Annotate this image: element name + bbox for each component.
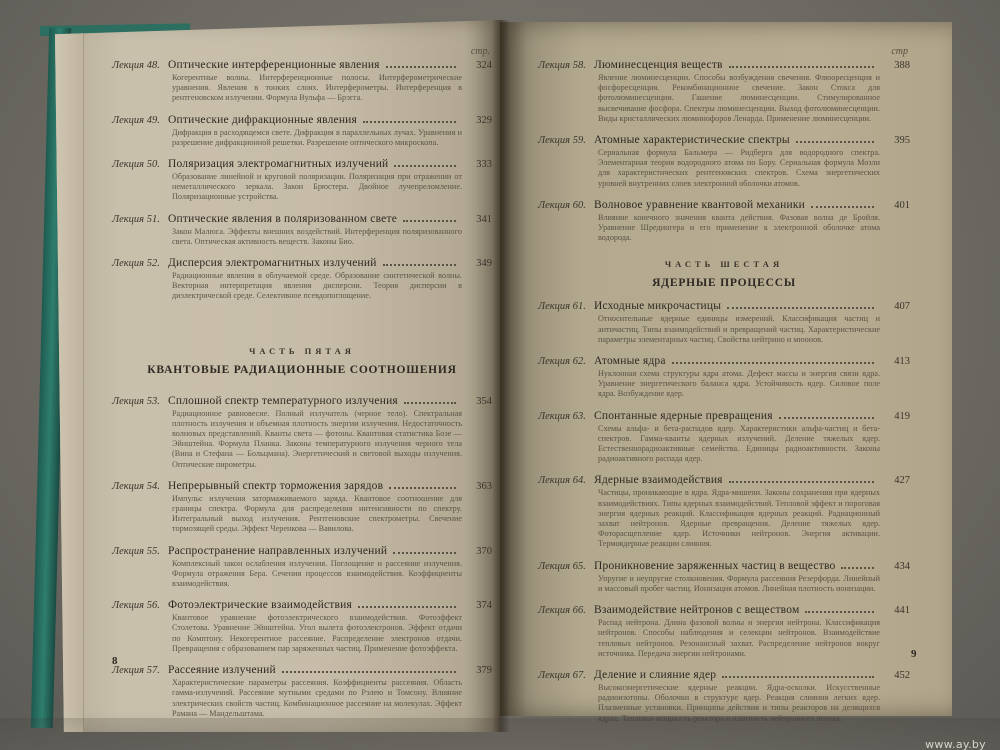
toc-entry-head: Лекция 53. Сплошной спектр температурног… [112,394,492,409]
page-number: 9 [911,648,917,660]
toc-entry-head: Лекция 66. Взаимодействие нейтронов с ве… [538,603,910,618]
lecture-title: Атомные характеристические спектры [594,133,790,147]
lecture-title: Непрерывный спектр торможения зарядов [168,479,383,493]
dot-leader [779,417,874,419]
page-ref: 452 [880,669,910,683]
toc-entry-head: Лекция 54. Непрерывный спектр торможения… [112,479,492,494]
page-ref: 354 [462,395,492,409]
lecture-number: Лекция 52. [112,257,168,271]
lecture-summary: Радиационные явления в облучаемой среде.… [172,271,462,302]
dot-leader [383,264,456,266]
toc-list: Лекция 53. Сплошной спектр температурног… [112,394,492,719]
lecture-summary: Импульс излучения затормаживаемого заряд… [172,494,462,535]
lecture-title: Сплошной спектр температурного излучения [168,394,398,408]
toc-entry-head: Лекция 67. Деление и слияние ядер 452 [538,668,910,683]
lecture-title: Рассеяние излучений [168,663,276,677]
dot-leader [404,402,456,404]
toc-entry-head: Лекция 48. Оптические интерференционные … [112,58,492,73]
lecture-number: Лекция 59. [538,134,594,148]
toc-entry-head: Лекция 59. Атомные характеристические сп… [538,133,910,148]
lecture-number: Лекция 49. [112,114,168,128]
toc-entry-head: Лекция 52. Дисперсия электромагнитных из… [112,256,492,271]
dot-leader [672,362,874,364]
page-ref: 427 [880,474,910,488]
lecture-number: Лекция 62. [538,355,594,369]
dot-leader [796,141,874,143]
toc-entry: Лекция 61. Исходные микрочастицы 407 Отн… [538,299,910,345]
page-ref: 349 [462,257,492,271]
lecture-title: Дисперсия электромагнитных излучений [168,256,377,270]
lecture-summary: Дифракция в расходящемся свете. Дифракци… [172,128,462,148]
lecture-summary: Закон Малюса. Эффекты внешних воздействи… [172,227,462,247]
toc-entry: Лекция 53. Сплошной спектр температурног… [112,394,492,470]
lecture-title: Исходные микрочастицы [594,299,721,313]
dot-leader [727,307,874,309]
toc-entry-head: Лекция 49. Оптические дифракционные явле… [112,113,492,128]
page-ref: 379 [462,664,492,678]
page-ref: 363 [462,480,492,494]
lecture-summary: Нуклонная схема структуры ядра атома. Де… [598,369,880,400]
toc-entry-head: Лекция 62. Атомные ядра 413 [538,354,910,369]
page-ref: 329 [462,114,492,128]
part-label: ЧАСТЬ ПЯТАЯ [112,346,492,356]
toc-entry: Лекция 52. Дисперсия электромагнитных из… [112,256,492,302]
lecture-title: Взаимодействие нейтронов с веществом [594,603,799,617]
toc-entry-head: Лекция 57. Рассеяние излучений 379 [112,663,492,678]
page-ref: 324 [462,59,492,73]
dot-leader [363,121,456,123]
toc-entry-head: Лекция 50. Поляризация электромагнитных … [112,157,492,172]
lecture-number: Лекция 55. [112,545,168,559]
toc-entry-head: Лекция 63. Спонтанные ядерные превращени… [538,409,910,424]
dot-leader [811,206,874,208]
lecture-summary: Радиационное равновесие. Полный излучате… [172,409,462,470]
page-column-label: стр. [112,46,490,58]
lecture-summary: Характеристические параметры рассеяния. … [172,678,462,719]
dot-leader [394,165,456,167]
part-title: КВАНТОВЫЕ РАДИАЦИОННЫЕ СООТНОШЕНИЯ [112,364,492,376]
lecture-number: Лекция 56. [112,599,168,613]
toc-list: Лекция 61. Исходные микрочастицы 407 Отн… [538,299,910,723]
lecture-number: Лекция 64. [538,474,594,488]
toc-list: Лекция 48. Оптические интерференционные … [112,58,492,302]
toc-entry: Лекция 50. Поляризация электромагнитных … [112,157,492,203]
lecture-summary: Когерентные волны. Интерференционные пол… [172,73,462,104]
lecture-summary: Образование линейной и круговой поляриза… [172,172,462,203]
lecture-title: Оптические явления в поляризованном свет… [168,212,397,226]
lecture-number: Лекция 66. [538,604,594,618]
toc-entry: Лекция 49. Оптические дифракционные явле… [112,113,492,148]
lecture-title: Деление и слияние ядер [594,668,716,682]
page-ref: 370 [462,545,492,559]
toc-entry: Лекция 64. Ядерные взаимодействия 427 Ча… [538,473,910,549]
toc-entry-head: Лекция 58. Люминесценция веществ 388 [538,58,910,73]
lecture-number: Лекция 50. [112,158,168,172]
dot-leader [841,567,874,569]
toc-entry: Лекция 57. Рассеяние излучений 379 Харак… [112,663,492,719]
lecture-summary: Квантовое уравнение фотоэлектрического в… [172,613,462,654]
page-column-label: стр [538,46,908,58]
page-ref: 388 [880,59,910,73]
watermark: www.ay.by [925,738,986,750]
lecture-number: Лекция 60. [538,199,594,213]
lecture-title: Проникновение заряженных частиц в вещест… [594,559,835,573]
lecture-number: Лекция 54. [112,480,168,494]
toc-entry: Лекция 59. Атомные характеристические сп… [538,133,910,189]
toc-entry-head: Лекция 51. Оптические явления в поляризо… [112,212,492,227]
part-title: ЯДЕРНЫЕ ПРОЦЕССЫ [538,277,910,289]
lecture-summary: Схемы альфа- и бета-распадов ядер. Харак… [598,424,880,465]
page-ref: 395 [880,134,910,148]
page-number: 8 [112,655,118,667]
toc-entry-head: Лекция 65. Проникновение заряженных част… [538,559,910,574]
left-page-contents: стр. Лекция 48. Оптические интерференцио… [112,46,492,728]
toc-entry-head: Лекция 61. Исходные микрочастицы 407 [538,299,910,314]
lecture-number: Лекция 63. [538,410,594,424]
lecture-title: Оптические интерференционные явления [168,58,380,72]
lecture-title: Спонтанные ядерные превращения [594,409,773,423]
page-ref: 419 [880,410,910,424]
toc-entry: Лекция 58. Люминесценция веществ 388 Явл… [538,58,910,124]
toc-entry: Лекция 54. Непрерывный спектр торможения… [112,479,492,535]
toc-entry-head: Лекция 56. Фотоэлектрические взаимодейст… [112,598,492,613]
dot-leader [389,487,456,489]
lecture-number: Лекция 53. [112,395,168,409]
table-surface-shadow [0,718,1000,750]
lecture-title: Фотоэлектрические взаимодействия [168,598,352,612]
toc-entry: Лекция 51. Оптические явления в поляризо… [112,212,492,247]
page-ref: 341 [462,213,492,227]
page-ref: 413 [880,355,910,369]
toc-entry: Лекция 62. Атомные ядра 413 Нуклонная сх… [538,354,910,400]
toc-entry: Лекция 65. Проникновение заряженных част… [538,559,910,594]
toc-entry: Лекция 55. Распространение направленных … [112,544,492,590]
dot-leader [729,66,874,68]
toc-entry-head: Лекция 55. Распространение направленных … [112,544,492,559]
lecture-number: Лекция 51. [112,213,168,227]
page-ref: 441 [880,604,910,618]
lecture-summary: Сериальная формула Бальмера — Ридберга д… [598,148,880,189]
lecture-summary: Явление люминесценции. Способы возбужден… [598,73,880,124]
dot-leader [729,481,874,483]
lecture-number: Лекция 67. [538,669,594,683]
toc-entry: Лекция 56. Фотоэлектрические взаимодейст… [112,598,492,654]
toc-entry-head: Лекция 60. Волновое уравнение квантовой … [538,198,910,213]
part-label: ЧАСТЬ ШЕСТАЯ [538,259,910,269]
lecture-number: Лекция 61. [538,300,594,314]
dot-leader [358,606,456,608]
toc-list: Лекция 58. Люминесценция веществ 388 Явл… [538,58,910,243]
page-ref: 407 [880,300,910,314]
right-page-contents: стр Лекция 58. Люминесценция веществ 388… [538,64,910,733]
lecture-summary: Влияние конечного значения кванта действ… [598,213,880,244]
lecture-title: Поляризация электромагнитных излучений [168,157,388,171]
lecture-title: Ядерные взаимодействия [594,473,723,487]
dot-leader [386,66,456,68]
dot-leader [393,552,456,554]
dot-leader [282,671,456,673]
dot-leader [403,220,456,222]
lecture-summary: Комплексный закон ослабления излучения. … [172,559,462,590]
toc-entry: Лекция 66. Взаимодействие нейтронов с ве… [538,603,910,659]
lecture-number: Лекция 58. [538,59,594,73]
lecture-summary: Распад нейтрона. Длина фазовой волны и э… [598,618,880,659]
dot-leader [805,611,874,613]
lecture-title: Волновое уравнение квантовой механики [594,198,805,212]
page-ref: 434 [880,560,910,574]
lecture-title: Оптические дифракционные явления [168,113,357,127]
toc-entry: Лекция 60. Волновое уравнение квантовой … [538,198,910,244]
toc-entry: Лекция 67. Деление и слияние ядер 452 Вы… [538,668,910,724]
page-ref: 333 [462,158,492,172]
page-ref: 401 [880,199,910,213]
lecture-summary: Относительные ядерные единицы измерений.… [598,314,880,345]
toc-entry: Лекция 48. Оптические интерференционные … [112,58,492,104]
book-gutter [492,20,510,732]
dot-leader [722,676,874,678]
lecture-number: Лекция 57. [112,664,168,678]
lecture-title: Атомные ядра [594,354,666,368]
lecture-summary: Упругие и неупругие столкновения. Формул… [598,574,880,594]
page-ref: 374 [462,599,492,613]
toc-entry: Лекция 63. Спонтанные ядерные превращени… [538,409,910,465]
lecture-title: Распространение направленных излучений [168,544,387,558]
lecture-title: Люминесценция веществ [594,58,723,72]
toc-entry-head: Лекция 64. Ядерные взаимодействия 427 [538,473,910,488]
lecture-number: Лекция 48. [112,59,168,73]
lecture-number: Лекция 65. [538,560,594,574]
lecture-summary: Частицы, проникающие в ядра. Ядра-мишени… [598,488,880,549]
